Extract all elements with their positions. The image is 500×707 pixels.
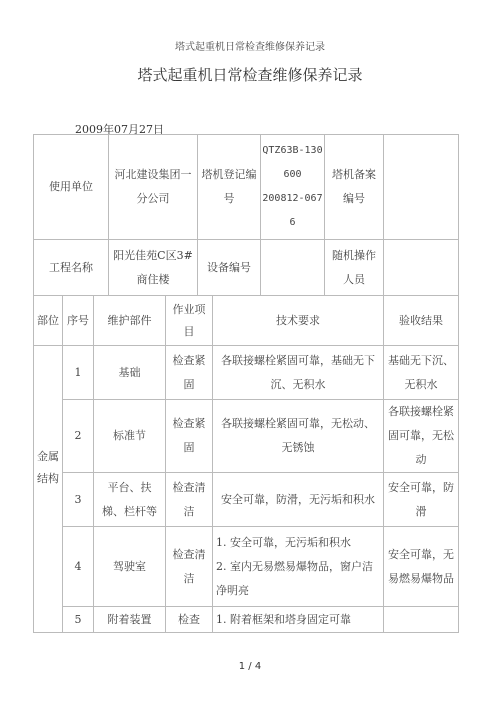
row-task: 检查紧固 bbox=[166, 346, 213, 400]
row-seq: 4 bbox=[63, 527, 94, 607]
col-header-part: 部位 bbox=[34, 296, 63, 346]
row-requirement: 1. 安全可靠，无污垢和积水 2. 室内无易燃易爆物品，窗户洁净明亮 bbox=[213, 527, 384, 607]
filing-no-label: 塔机备案编号 bbox=[325, 135, 384, 240]
row-task: 检查清洁 bbox=[166, 527, 213, 607]
table-row: 2 标准节 检查紧固 各联接螺栓紧固可靠，无松动、无锈蚀 各联接螺栓紧固可靠，无… bbox=[34, 400, 459, 473]
filing-no-value bbox=[384, 135, 459, 240]
row-component: 标准节 bbox=[94, 400, 166, 473]
running-header: 塔式起重机日常检查维修保养记录 bbox=[0, 38, 500, 53]
row-result bbox=[384, 607, 459, 633]
row-result: 安全可靠，防滑 bbox=[384, 473, 459, 527]
use-unit-value: 河北建设集团一分公司 bbox=[109, 135, 198, 240]
col-header-result: 验收结果 bbox=[384, 296, 459, 346]
table-row: 5 附着装置 检查 1. 附着框架和塔身固定可靠 bbox=[34, 607, 459, 633]
row-requirement: 各联接螺栓紧固可靠，无松动、无锈蚀 bbox=[213, 400, 384, 473]
col-header-component: 维护部件 bbox=[94, 296, 166, 346]
row-requirement: 1. 附着框架和塔身固定可靠 bbox=[213, 607, 384, 633]
table-row: 4 驾驶室 检查清洁 1. 安全可靠，无污垢和积水 2. 室内无易燃易爆物品，窗… bbox=[34, 527, 459, 607]
reg-no-line: 600 bbox=[261, 163, 324, 187]
reg-no-line: 6 bbox=[261, 211, 324, 235]
row-result: 各联接螺栓紧固可靠，无松动 bbox=[384, 400, 459, 473]
row-seq: 3 bbox=[63, 473, 94, 527]
row-seq: 5 bbox=[63, 607, 94, 633]
requirement-line: 1. 安全可靠，无污垢和积水 bbox=[216, 531, 380, 555]
reg-no-label: 塔机登记编号 bbox=[198, 135, 261, 240]
row-seq: 2 bbox=[63, 400, 94, 473]
row-result: 基础无下沉、无积水 bbox=[384, 346, 459, 400]
row-task: 检查紧固 bbox=[166, 400, 213, 473]
row-task: 检查清洁 bbox=[166, 473, 213, 527]
page-number: 1 / 4 bbox=[0, 661, 500, 672]
row-requirement: 各联接螺栓紧固可靠，基础无下沉、无积水 bbox=[213, 346, 384, 400]
info-table: 使用单位 河北建设集团一分公司 塔机登记编号 QTZ63B-130 600 20… bbox=[33, 134, 459, 296]
row-result: 安全可靠，无易燃易爆物品 bbox=[384, 527, 459, 607]
row-component: 驾驶室 bbox=[94, 527, 166, 607]
operator-label: 随机操作人员 bbox=[325, 240, 384, 296]
row-task: 检查 bbox=[166, 607, 213, 633]
col-header-task: 作业项目 bbox=[166, 296, 213, 346]
row-component: 附着装置 bbox=[94, 607, 166, 633]
col-header-requirement: 技术要求 bbox=[213, 296, 384, 346]
table-row: 金属结构 1 基础 检查紧固 各联接螺栓紧固可靠，基础无下沉、无积水 基础无下沉… bbox=[34, 346, 459, 400]
requirement-line: 2. 室内无易燃易爆物品，窗户洁净明亮 bbox=[216, 555, 380, 603]
use-unit-label: 使用单位 bbox=[34, 135, 109, 240]
reg-no-value: QTZ63B-130 600 200812-067 6 bbox=[261, 135, 325, 240]
document-title: 塔式起重机日常检查维修保养记录 bbox=[0, 64, 500, 85]
equip-no-value bbox=[261, 240, 325, 296]
table-row: 3 平台、扶梯、栏杆等 检查清洁 安全可靠，防滑，无污垢和积水 安全可靠，防滑 bbox=[34, 473, 459, 527]
equip-no-label: 设备编号 bbox=[198, 240, 261, 296]
maintenance-table: 部位 序号 维护部件 作业项目 技术要求 验收结果 金属结构 1 基础 检查紧固… bbox=[33, 295, 459, 633]
project-value: 阳光佳苑C区3#商住楼 bbox=[109, 240, 198, 296]
row-component: 平台、扶梯、栏杆等 bbox=[94, 473, 166, 527]
operator-value bbox=[384, 240, 459, 296]
section-label: 金属结构 bbox=[34, 346, 63, 633]
row-requirement: 安全可靠，防滑，无污垢和积水 bbox=[213, 473, 384, 527]
row-component: 基础 bbox=[94, 346, 166, 400]
project-label: 工程名称 bbox=[34, 240, 109, 296]
reg-no-line: QTZ63B-130 bbox=[261, 139, 324, 163]
col-header-seq: 序号 bbox=[63, 296, 94, 346]
reg-no-line: 200812-067 bbox=[261, 187, 324, 211]
row-seq: 1 bbox=[63, 346, 94, 400]
